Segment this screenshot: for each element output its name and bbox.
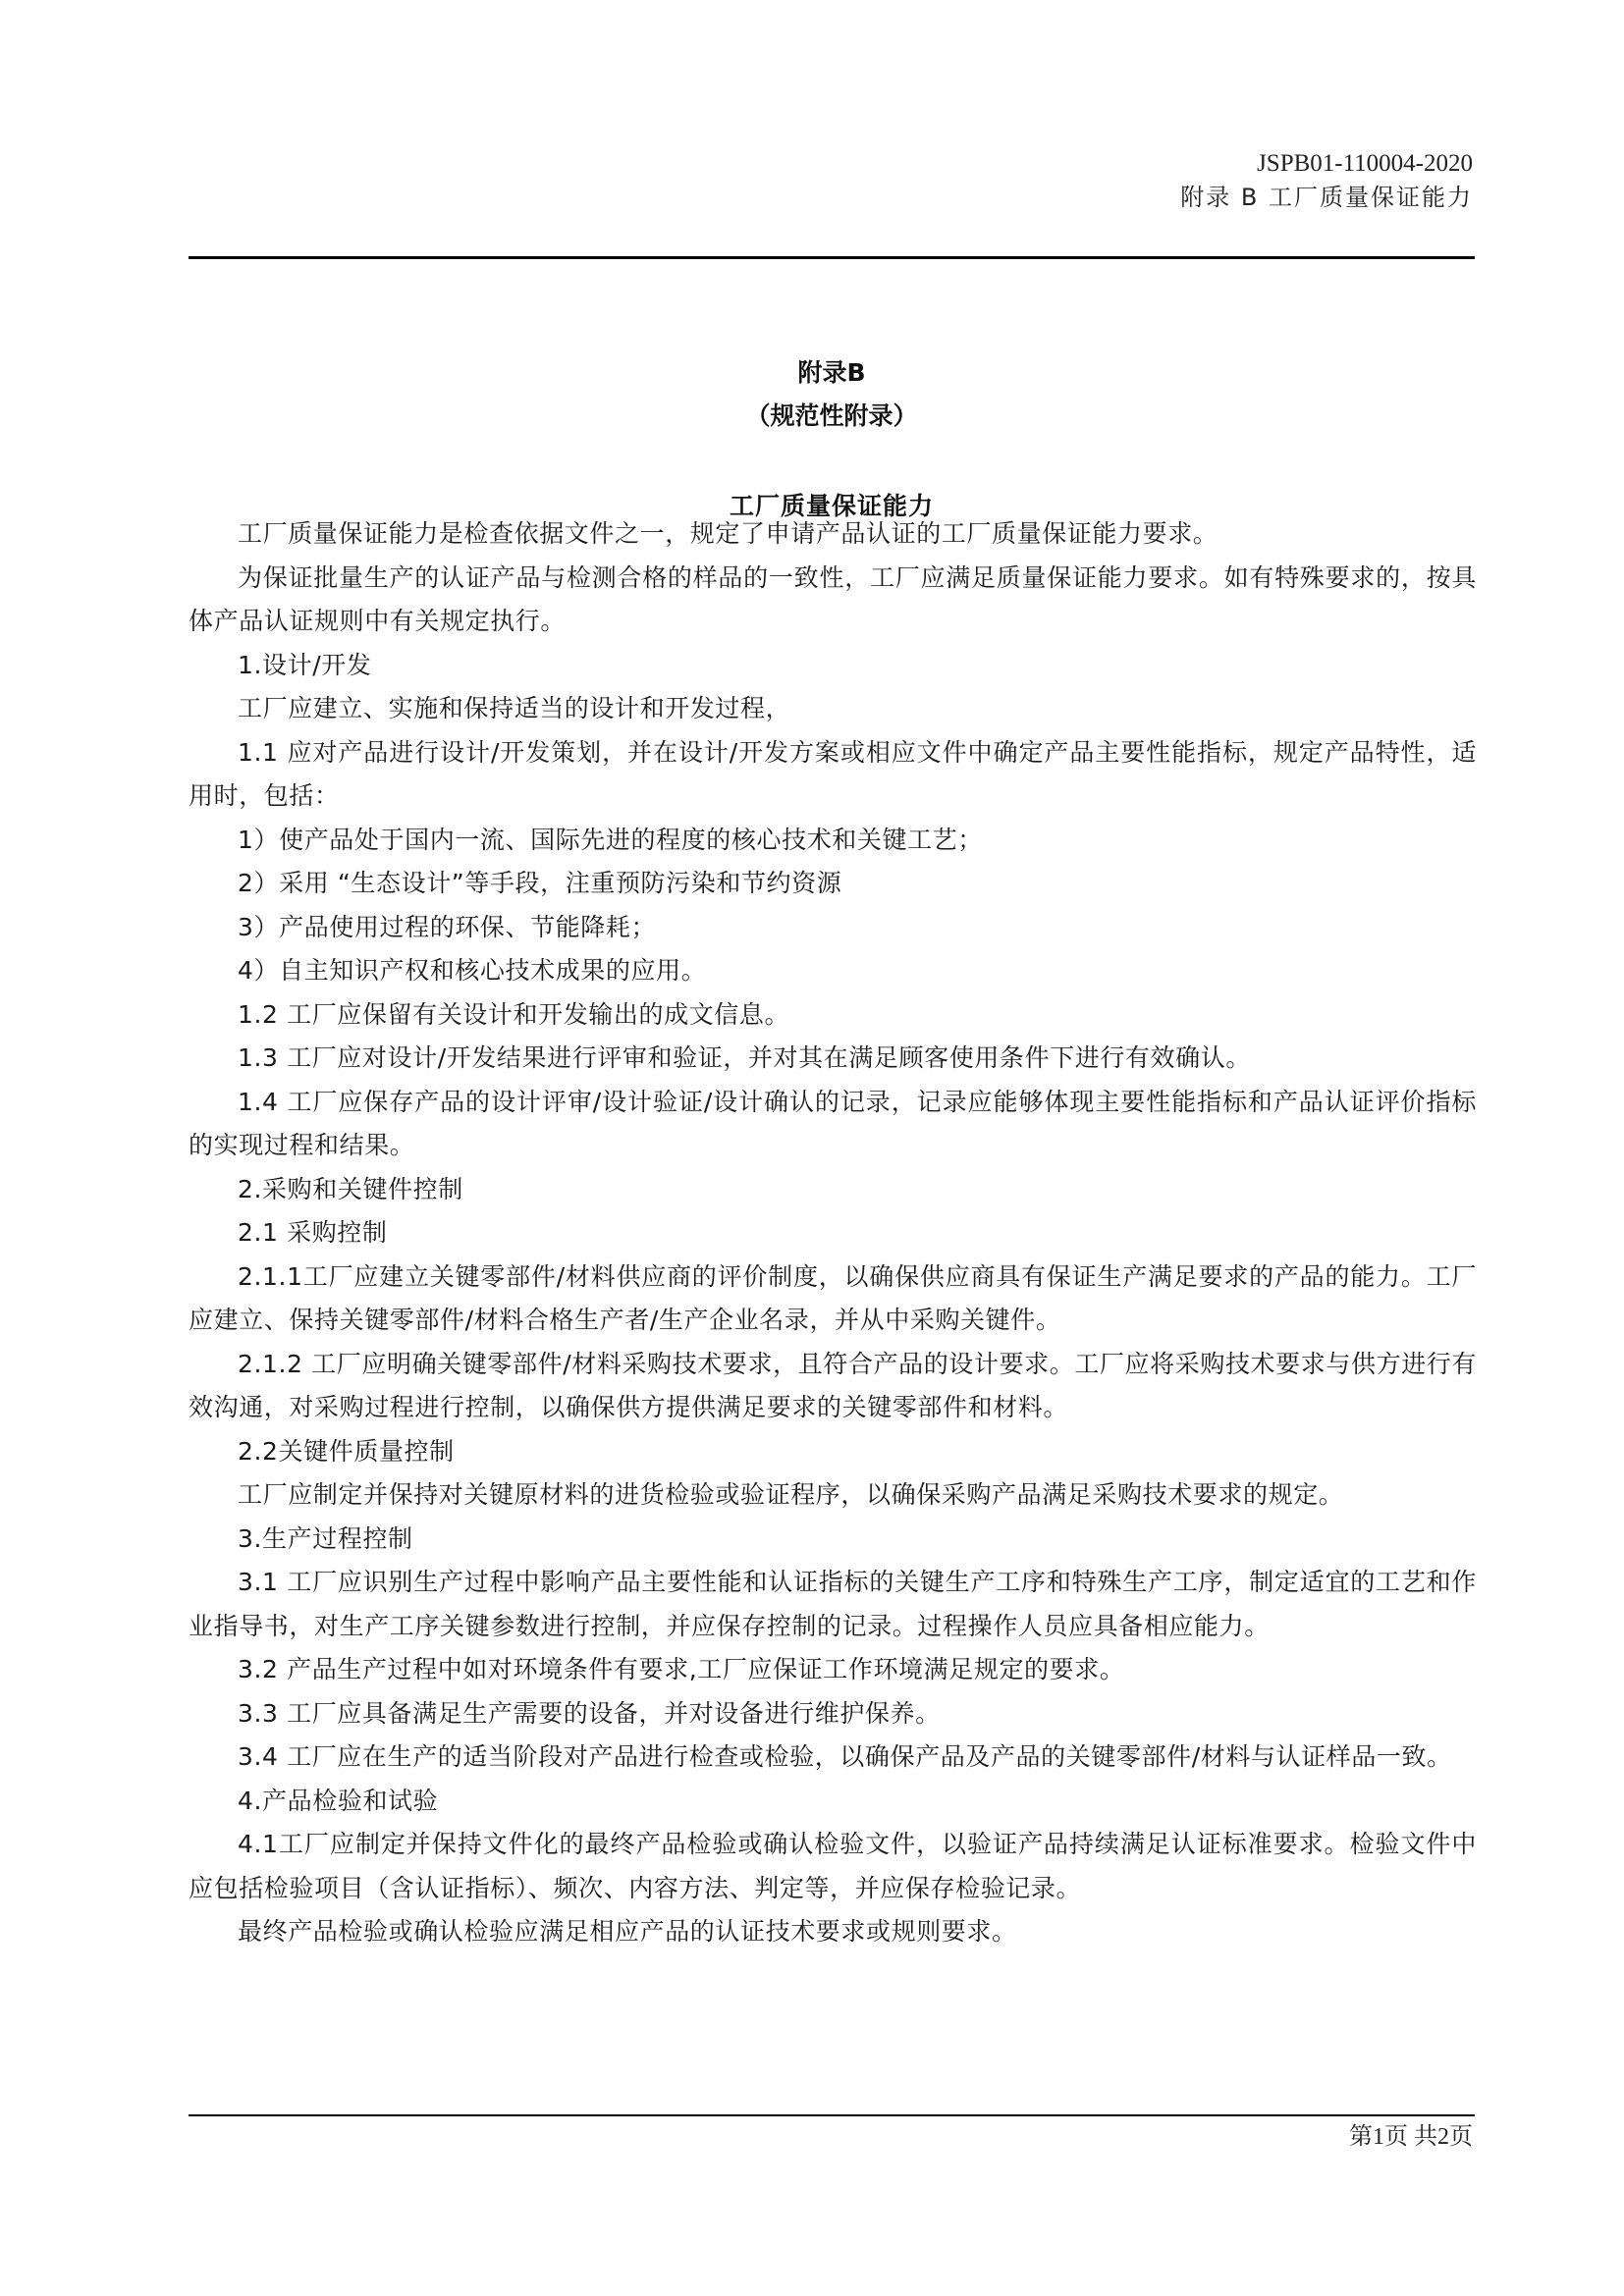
- page-number: 第1页 共2页: [1349, 2124, 1473, 2150]
- appendix-type: （规范性附录）: [189, 395, 1475, 438]
- page-header: JSPB01-110004-2020 附录 B 工厂质量保证能力: [189, 147, 1473, 214]
- list-item: 1）使产品处于国内一流、国际先进的程度的核心技术和关键工艺；: [189, 819, 1477, 863]
- list-item: 3）产品使用过程的环保、节能降耗；: [189, 906, 1477, 950]
- paragraph: 工厂质量保证能力是检查依据文件之一，规定了申请产品认证的工厂质量保证能力要求。: [189, 512, 1477, 557]
- document-body: 工厂质量保证能力是检查依据文件之一，规定了申请产品认证的工厂质量保证能力要求。 …: [189, 512, 1477, 1954]
- appendix-label: 附录B: [189, 351, 1475, 395]
- paragraph: 为保证批量生产的认证产品与检测合格的样品的一致性，工厂应满足质量保证能力要求。如…: [189, 557, 1477, 644]
- paragraph: 最终产品检验或确认检验应满足相应产品的认证技术要求或规则要求。: [189, 1910, 1477, 1954]
- paragraph: 1.4 工厂应保存产品的设计评审/设计验证/设计确认的记录，记录应能够体现主要性…: [189, 1081, 1477, 1168]
- paragraph: 1.2 工厂应保留有关设计和开发输出的成文信息。: [189, 993, 1477, 1038]
- list-item: 2）采用 “生态设计”等手段，注重预防污染和节约资源: [189, 862, 1477, 906]
- subsection-heading: 2.1 采购控制: [189, 1211, 1477, 1255]
- list-item: 4）自主知识产权和核心技术成果的应用。: [189, 949, 1477, 993]
- paragraph: 工厂应制定并保持对关键原材料的进货检验或验证程序，以确保采购产品满足采购技术要求…: [189, 1473, 1477, 1518]
- page-footer: 第1页 共2页: [189, 2120, 1473, 2154]
- paragraph: 3.4 工厂应在生产的适当阶段对产品进行检查或检验，以确保产品及产品的关键零部件…: [189, 1735, 1477, 1780]
- title-block: 附录B （规范性附录） 工厂质量保证能力: [189, 351, 1475, 528]
- footer-rule: [189, 2114, 1475, 2116]
- paragraph: 2.1.1工厂应建立关键零部件/材料供应商的评价制度，以确保供应商具有保证生产满…: [189, 1255, 1477, 1343]
- paragraph: 3.1 工厂应识别生产过程中影响产品主要性能和认证指标的关键生产工序和特殊生产工…: [189, 1561, 1477, 1648]
- header-section-title: 附录 B 工厂质量保证能力: [189, 181, 1473, 214]
- paragraph: 4.1工厂应制定并保持文件化的最终产品检验或确认检验文件，以验证产品持续满足认证…: [189, 1823, 1477, 1910]
- paragraph: 1.1 应对产品进行设计/开发策划，并在设计/开发方案或相应文件中确定产品主要性…: [189, 731, 1477, 819]
- section-heading: 2.采购和关键件控制: [189, 1168, 1477, 1212]
- document-page: JSPB01-110004-2020 附录 B 工厂质量保证能力 附录B （规范…: [0, 0, 1624, 2296]
- paragraph: 3.3 工厂应具备满足生产需要的设备，并对设备进行维护保养。: [189, 1692, 1477, 1736]
- section-heading: 4.产品检验和试验: [189, 1780, 1477, 1824]
- subsection-heading: 2.2关键件质量控制: [189, 1430, 1477, 1474]
- paragraph: 工厂应建立、实施和保持适当的设计和开发过程，: [189, 687, 1477, 731]
- header-rule: [189, 256, 1475, 259]
- paragraph: 2.1.2 工厂应明确关键零部件/材料采购技术要求，且符合产品的设计要求。工厂应…: [189, 1343, 1477, 1430]
- document-code: JSPB01-110004-2020: [189, 147, 1473, 181]
- section-heading: 1.设计/开发: [189, 644, 1477, 688]
- paragraph: 3.2 产品生产过程中如对环境条件有要求,工厂应保证工作环境满足规定的要求。: [189, 1648, 1477, 1692]
- section-heading: 3.生产过程控制: [189, 1518, 1477, 1562]
- paragraph: 1.3 工厂应对设计/开发结果进行评审和验证，并对其在满足顾客使用条件下进行有效…: [189, 1037, 1477, 1081]
